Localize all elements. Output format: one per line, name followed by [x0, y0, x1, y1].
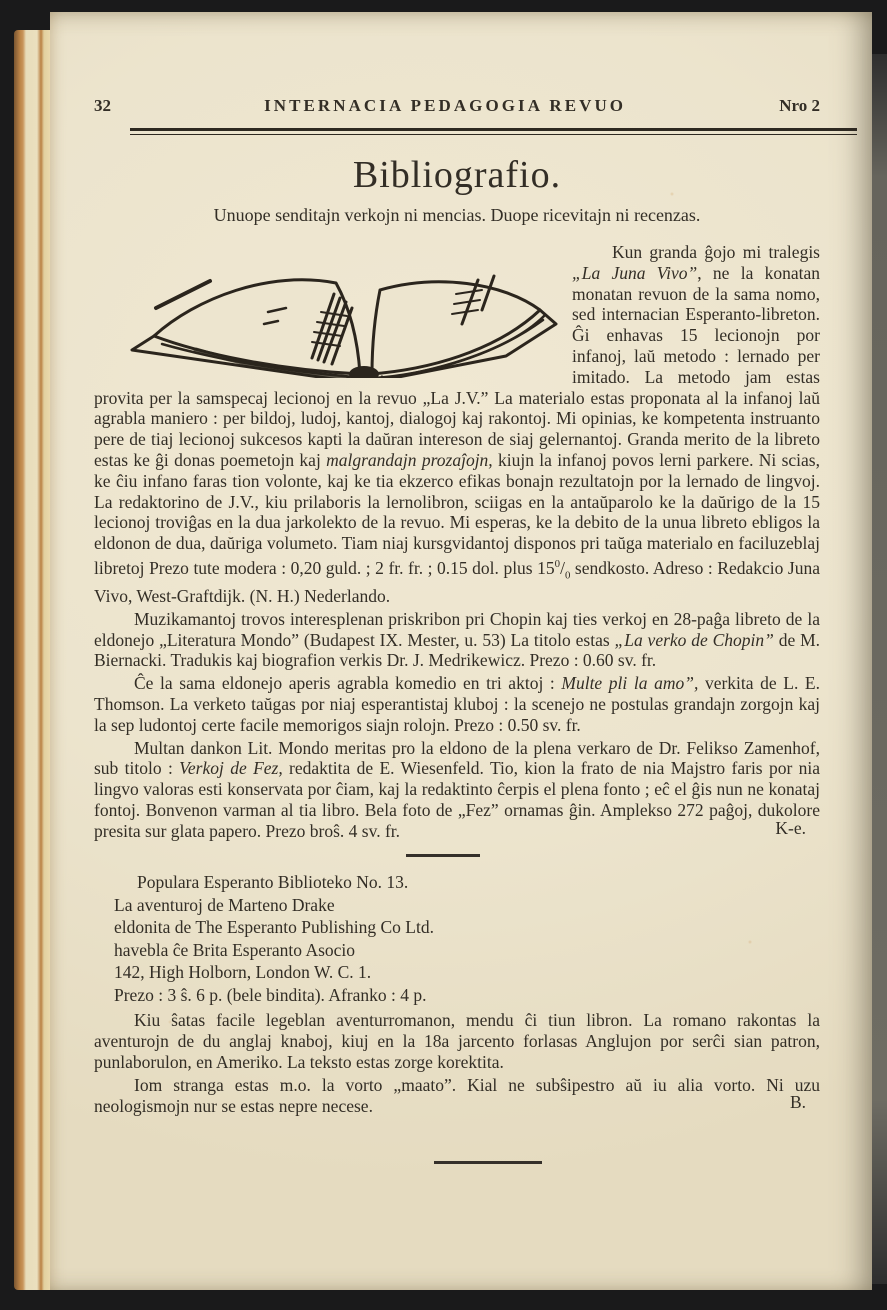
end-divider [434, 1161, 542, 1164]
page-number: 32 [94, 96, 111, 116]
notice-line: havebla ĉe Brita Esperanto Asocio [94, 939, 820, 962]
scanned-page: 32 INTERNACIA PEDAGOGIA REVUO Nro 2 Bibl… [50, 12, 872, 1290]
book-gutter-edge [872, 54, 887, 1284]
book-notice-block: Populara Esperanto Biblioteko No. 13. La… [94, 871, 820, 1006]
open-book-illustration [126, 250, 558, 378]
notice-line: eldonita de The Esperanto Publishing Co … [94, 916, 820, 939]
notice-line: Populara Esperanto Biblioteko No. 13. [94, 871, 820, 894]
header-rule [130, 128, 857, 135]
page-edge-stack [14, 30, 50, 1290]
review-paragraph-chopin: Muzikamantoj trovos interesplenan priskr… [94, 609, 820, 671]
section-divider [406, 854, 480, 857]
page-content: 32 INTERNACIA PEDAGOGIA REVUO Nro 2 Bibl… [50, 12, 872, 1164]
section-title: Bibliografio. [94, 153, 820, 197]
notice-line: 142, High Holborn, London W. C. 1. [94, 961, 820, 984]
article-body: Kun granda ĝojo mi tralegis „La Juna Viv… [94, 242, 820, 1164]
issue-number: Nro 2 [779, 96, 820, 116]
review-paragraph-komedio: Ĉe la sama eldonejo aperis agrabla komed… [94, 673, 820, 735]
journal-header: 32 INTERNACIA PEDAGOGIA REVUO Nro 2 [94, 96, 820, 116]
notice-line: La aventuroj de Marteno Drake [94, 894, 820, 917]
journal-title: INTERNACIA PEDAGOGIA REVUO [264, 96, 626, 116]
section-subtitle: Unuope senditajn verkojn ni mencias. Duo… [94, 205, 820, 226]
review-paragraph-drake: Kiu ŝatas facile legeblan aventurromanon… [94, 1010, 820, 1072]
notice-line: Prezo : 3 ŝ. 6 p. (bele bindita). Afrank… [94, 984, 820, 1007]
